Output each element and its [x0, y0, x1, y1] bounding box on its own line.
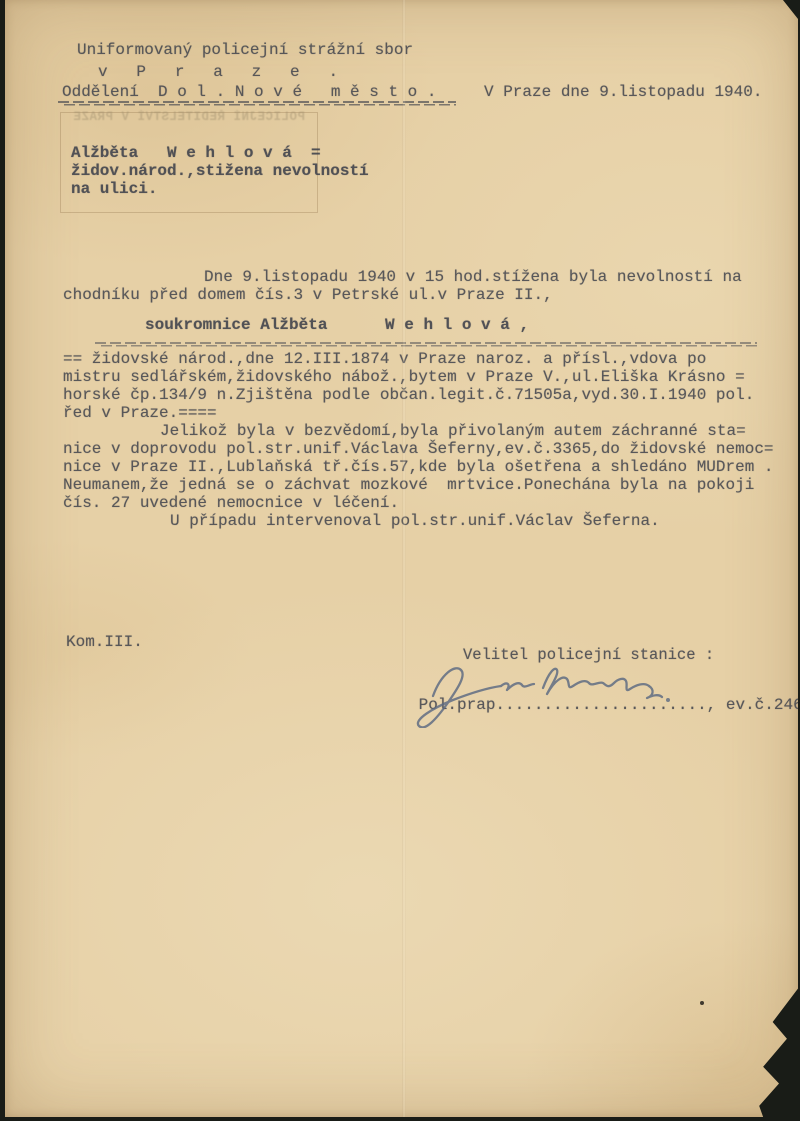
body-para2-line2: mistru sedlářském,židovského nábož.,byte… [63, 368, 745, 386]
body-para3-line4: Neumanem,že jedná se o záchvat mozkové m… [63, 476, 754, 494]
ink-speck [700, 1001, 704, 1005]
ghost-stamp-text: POLICEJNÍ ŘEDITELSTVÍ V PRAZE [63, 110, 315, 124]
letterhead-line-1: Uniformovaný policejní strážní sbor [77, 41, 413, 59]
body-para3-line1: Jelikož byla v bezvědomí,byla přivolaným… [160, 422, 746, 440]
body-para2-line3: horské čp.134/9 n.Zjištěna podle občan.l… [63, 386, 754, 404]
subject-line-3: na ulici. [71, 180, 157, 198]
letterhead-line-2: v P r a z e . [98, 63, 338, 81]
body-para1-line2: chodníku před domem čís.3 v Petrské ul.v… [63, 286, 553, 304]
fold-crease [402, 0, 406, 1117]
name-underline [95, 342, 757, 348]
scan-background: Uniformovaný policejní strážní sbor v P … [0, 0, 800, 1121]
letterhead-line-3: Oddělení D o l . N o v é m ě s t o . [62, 83, 436, 101]
letterhead-underline [58, 101, 456, 107]
kom-label: Kom.III. [66, 633, 143, 651]
subject-name-line: Alžběta W e h l o v á = [71, 144, 321, 162]
body-para2-line1: == židovské národ.,dne 12.III.1874 v Pra… [63, 350, 706, 368]
body-name-line: soukromnice Alžběta W e h l o v á , [145, 316, 529, 334]
body-para3-line5: čís. 27 uvedené nemocnice v léčení. [63, 494, 399, 512]
body-para2-line4: řed v Praze.==== [63, 404, 217, 422]
ev-number: ev.č.2468. [716, 696, 800, 714]
body-para3-line2: nice v doprovodu pol.str.unif.Václava Še… [63, 440, 774, 458]
body-para3-line6: U případu intervenoval pol.str.unif.Václ… [170, 512, 660, 530]
date-line: V Praze dne 9.listopadu 1940. [484, 83, 762, 101]
subject-line-2: židov.národ.,stižena nevolností [71, 162, 369, 180]
body-para1-line1: Dne 9.listopadu 1940 v 15 hod.stížena by… [204, 268, 742, 286]
signature [403, 648, 683, 728]
body-para3-line3: nice v Praze II.,Lublaňská tř.čís.57,kde… [63, 458, 774, 476]
document-paper: Uniformovaný policejní strážní sbor v P … [5, 0, 798, 1117]
